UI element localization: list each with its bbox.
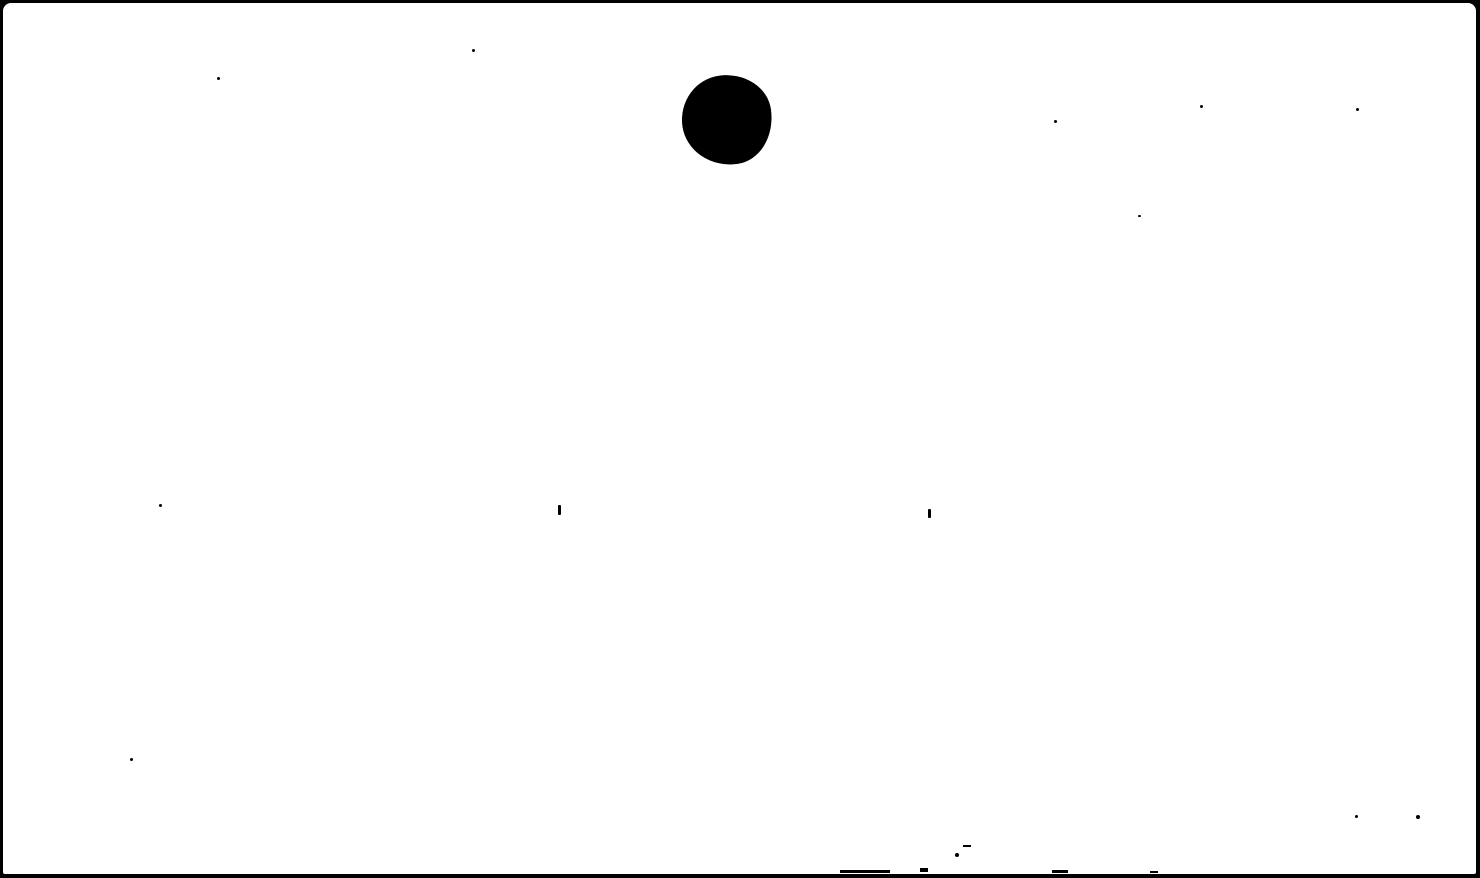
speck [955,853,959,857]
bottom-edge-mark [840,870,890,873]
speck [1138,215,1141,217]
speck [558,505,561,515]
speck [159,504,162,507]
speck [1054,120,1057,123]
speck [472,49,475,52]
bottom-edge-mark [920,868,928,872]
speck [1200,105,1203,108]
bottom-edge-mark [1052,870,1068,873]
speck [217,77,220,80]
speck [1355,815,1358,818]
speck [928,509,931,518]
speck [130,758,133,761]
speck [963,845,971,847]
speck [1356,108,1359,111]
speck [1416,815,1420,819]
bottom-edge-mark [1150,871,1158,873]
